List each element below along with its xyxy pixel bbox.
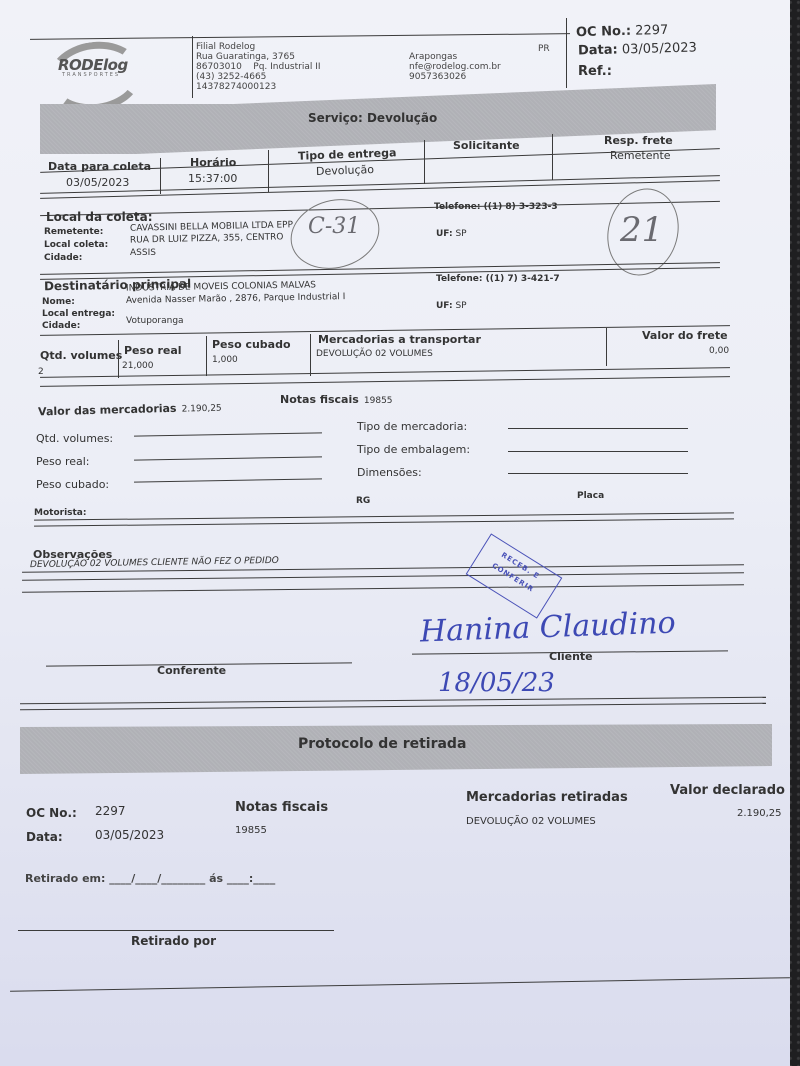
header-date: Data: 03/05/2023 <box>578 40 697 58</box>
divider <box>192 36 193 98</box>
goods-value: Valor das mercadorias 2.190,25 <box>38 396 222 420</box>
company-address: Filial Rodelog Rua Guaratinga, 3765 8670… <box>196 42 321 92</box>
oc-number: OC No.: 2297 <box>576 23 669 40</box>
withdrawn-by-line[interactable] <box>18 930 334 931</box>
client-label: Cliente <box>549 650 593 663</box>
divider <box>30 33 570 40</box>
invoices: Notas fiscais 19855 <box>280 388 393 407</box>
handwritten-note: C-31 <box>308 214 360 239</box>
real-weight-field[interactable] <box>134 456 322 460</box>
checker-label: Conferente <box>157 664 226 677</box>
company-state: PR <box>538 44 550 54</box>
received-stamp: RECEB. E CONFERIR <box>466 533 563 618</box>
withdrawal-title: Protocolo de retirada <box>298 736 466 752</box>
handwritten-note: 21 <box>620 210 663 250</box>
document-page: RODElog TRANSPORTES Filial Rodelog Rua G… <box>0 0 790 1066</box>
withdrawn-by-label: Retirado por <box>131 934 216 948</box>
packaging-field[interactable] <box>508 451 688 452</box>
divider <box>566 18 567 88</box>
client-signature: Hanina Claudino <box>419 606 676 650</box>
qty-volumes-field[interactable] <box>134 432 322 436</box>
cubic-weight-field[interactable] <box>134 478 322 482</box>
dimensions-field[interactable] <box>508 473 688 474</box>
withdrawn-on-field[interactable]: Retirado em: ____/____/________ ás ____:… <box>25 872 275 885</box>
reference-label: Ref.: <box>578 64 612 79</box>
company-contact: Arapongas nfe@rodelog.com.br 9057363026 <box>409 52 501 82</box>
handwritten-date: 18/05/23 <box>438 668 555 698</box>
service-title: Serviço: Devolução <box>308 111 437 125</box>
goods-type-field[interactable] <box>508 428 688 429</box>
